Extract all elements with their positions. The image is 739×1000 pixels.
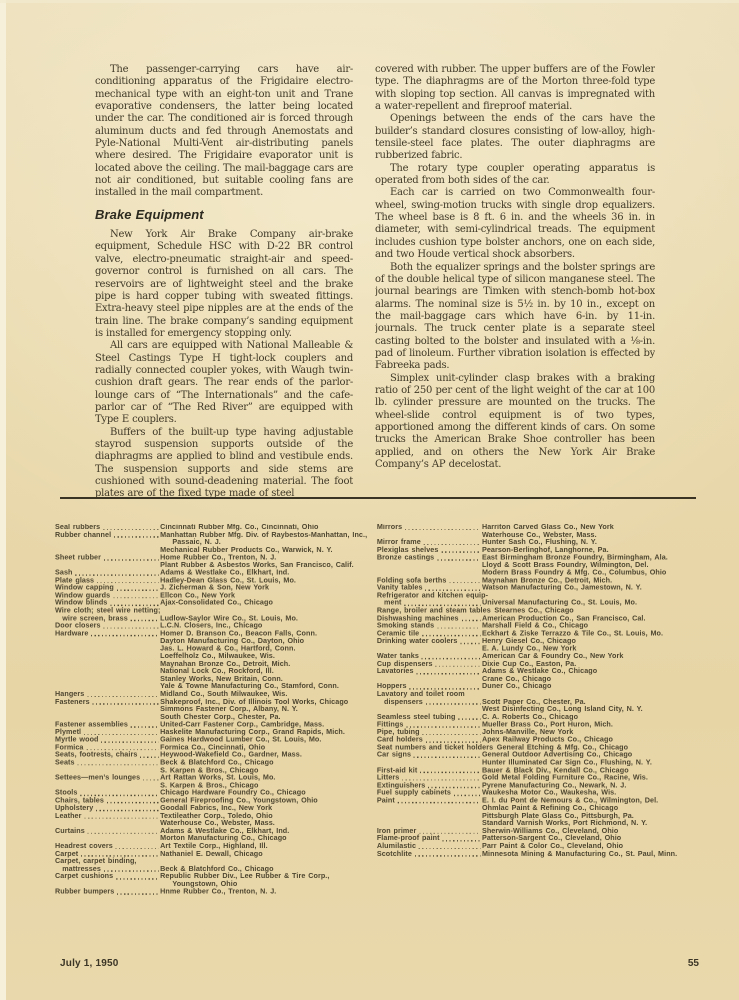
list-entry: Sheet rubberHome Rubber Co., Trenton, N.… (55, 554, 370, 569)
leader-dots (406, 726, 480, 727)
leader-dots (104, 871, 159, 872)
leader-dots (420, 772, 480, 773)
list-entry: LeatherTextileather Corp., Toledo, OhioW… (55, 813, 370, 828)
entry-label-text: Fasteners (55, 699, 90, 707)
entry-label: Drinking water coolers (377, 638, 482, 646)
entry-values: Hnme Rubber Co., Trenton, N. J. (160, 889, 370, 897)
leader-dots (419, 833, 480, 834)
entry-label-text: Scotchlite (377, 851, 412, 859)
leader-dots (103, 628, 158, 629)
paragraph: Each car is carried on two Commonwealth … (375, 187, 655, 261)
entry-label-text: Rubber bumpers (55, 889, 114, 897)
list-entry: CurtainsAdams & Westlake Co., Elkhart, I… (55, 828, 370, 843)
leader-dots (88, 833, 159, 834)
list-entry: Rubber channelManhattan Rubber Mfg. Div.… (55, 532, 370, 555)
entry-row: Bronze castingsEast Birmingham Bronze Fo… (377, 554, 715, 577)
leader-dots (419, 848, 481, 849)
scan-edge-strip-top (0, 0, 739, 3)
leader-dots (131, 726, 159, 727)
entry-label-text: Sheet rubber (55, 554, 101, 562)
entry-row: PaintE. I. du Pont de Nemours & Co., Wil… (377, 797, 715, 827)
paragraph: The rotary type coupler operating appara… (375, 163, 655, 188)
entry-value: Manhattan Rubber Mfg. Div. of Raybestos-… (160, 532, 370, 547)
entry-values: General Outdoor Advertising Co., Chicago… (482, 752, 715, 767)
leader-dots (437, 559, 480, 560)
list-entry: Bronze castingsEast Birmingham Bronze Fo… (377, 554, 715, 577)
entry-label-text: dispensers (377, 699, 423, 707)
list-entry: HardwareHomer D. Branson Co., Beacon Fal… (55, 630, 370, 691)
leader-dots (84, 817, 158, 818)
entry-row: HardwareHomer D. Branson Co., Beacon Fal… (55, 630, 370, 691)
leader-dots (81, 855, 159, 856)
leader-dots (462, 620, 481, 621)
leader-dots (425, 590, 480, 591)
entry-label-text: Car signs (377, 752, 411, 760)
entry-row: CurtainsAdams & Westlake Co., Elkhart, I… (55, 828, 370, 843)
entry-row: LeatherTextileather Corp., Toledo, OhioW… (55, 813, 370, 828)
leader-dots (116, 848, 159, 849)
leader-dots (437, 628, 480, 629)
entry-values: Nathaniel E. Dewall, Chicago (160, 851, 370, 859)
entry-label: Curtains (55, 828, 160, 836)
magazine-page-scan: The passenger-carrying cars have air-con… (0, 0, 739, 1000)
entry-label-text: Seats (55, 759, 75, 767)
entry-values: Textileather Corp., Toledo, OhioWaterhou… (160, 813, 370, 828)
leader-dots (93, 704, 159, 705)
paragraph: Openings between the ends of the cars ha… (375, 113, 655, 162)
leader-dots (80, 795, 158, 796)
leader-dots (454, 795, 481, 796)
leader-dots (441, 552, 480, 553)
list-entry: Refrigerator and kitchen equip-mentUnive… (377, 592, 715, 607)
leader-dots (86, 749, 158, 750)
entry-label-text: Bronze castings (377, 554, 434, 562)
list-entry: Carpet, carpet binding,mattressesBeck & … (55, 858, 370, 873)
entry-values: Shakeproof, Inc., Div. of Illinois Tool … (160, 699, 370, 722)
leader-dots (414, 757, 481, 758)
leader-dots (117, 590, 159, 591)
leader-dots (424, 544, 481, 545)
entry-label: dispensers (377, 699, 482, 707)
entry-row: Rubber channelManhattan Rubber Mfg. Div.… (55, 532, 370, 555)
list-entry: Carpet cushionsRepublic Rubber Div., Lee… (55, 873, 370, 888)
leader-dots (404, 605, 480, 606)
list-entry: Wire cloth; steel wire netting;wire scre… (55, 608, 370, 623)
list-entry: ScotchliteMinnesota Mining & Manufacturi… (377, 851, 715, 859)
paragraph: covered with rubber. The upper buffers a… (375, 64, 655, 113)
leader-dots (435, 666, 480, 667)
leader-dots (114, 536, 159, 537)
entry-value: Republic Rubber Div., Lee Rubber & Tire … (160, 873, 370, 888)
entry-values: Scott Paper Co., Chester, Pa.West Disinf… (482, 699, 715, 714)
entry-label: Mirrors (377, 524, 482, 532)
entry-values: Adams & Westlake Co., Elkhart, Ind.Morto… (160, 828, 370, 843)
entry-label: Sheet rubber (55, 554, 160, 562)
entry-label-text: Paint (377, 797, 395, 805)
leader-dots (103, 529, 159, 530)
section-heading: Brake Equipment (95, 209, 353, 221)
entry-values: Adams & Westlake Co., ChicagoCrane Co., … (482, 668, 715, 683)
leader-dots (96, 810, 158, 811)
entry-label: Lavatories (377, 668, 482, 676)
leader-dots (398, 802, 481, 803)
entry-label: Leather (55, 813, 160, 821)
entry-value: Minnesota Mining & Manufacturing Co., St… (482, 851, 715, 859)
entry-row: Sheet rubberHome Rubber Co., Trenton, N.… (55, 554, 370, 569)
list-entry: Lavatory and toilet roomdispensersScott … (377, 691, 715, 714)
supplier-directory-columns: Seal rubbersCincinnati Rubber Mfg. Co., … (55, 524, 715, 896)
entry-row: LavatoriesAdams & Westlake Co., ChicagoC… (377, 668, 715, 683)
leader-dots (426, 741, 481, 742)
leader-dots (422, 658, 481, 659)
entry-label: Hardware (55, 630, 160, 638)
leader-dots (426, 704, 481, 705)
entry-values: Henry Giesel Co., ChicagoE. A. Lundy Co.… (482, 638, 715, 653)
leader-dots (87, 696, 158, 697)
leader-dots (458, 719, 480, 720)
entry-label: Settees—men’s lounges (55, 775, 160, 783)
list-entry: Settees—men’s loungesArt Rattan Works, S… (55, 775, 370, 790)
article-column-1: The passenger-carrying cars have air-con… (95, 64, 353, 498)
entry-values: Manhattan Rubber Mfg. Div. of Raybestos-… (160, 532, 370, 555)
list-entry: PaintE. I. du Pont de Nemours & Co., Wil… (377, 797, 715, 827)
leader-dots (101, 741, 158, 742)
entry-label: Carpet cushions (55, 873, 160, 881)
leader-dots (415, 855, 481, 856)
entry-values: Harriton Carved Glass Co., New YorkWater… (482, 524, 715, 539)
entry-label-text: Drinking water coolers (377, 638, 458, 646)
scan-edge-strip (0, 0, 6, 1000)
entry-values: E. I. du Pont de Nemours & Co., Wilmingt… (482, 797, 715, 827)
entry-values: Watson Manufacturing Co., Jamestown, N. … (482, 585, 715, 593)
leader-dots (84, 734, 159, 735)
paragraph: The passenger-carrying cars have air-con… (95, 64, 353, 200)
article-body: The passenger-carrying cars have air-con… (95, 64, 655, 498)
leader-dots (402, 779, 480, 780)
entry-label: Seats (55, 759, 160, 767)
leader-dots (423, 734, 481, 735)
entry-values: Homer D. Branson Co., Beacon Falls, Conn… (160, 630, 370, 691)
leader-dots (422, 635, 480, 636)
supplier-list-left: Seal rubbersCincinnati Rubber Mfg. Co., … (55, 524, 370, 896)
entry-row: FastenersShakeproof, Inc., Div. of Illin… (55, 699, 370, 722)
list-entry: Car signsGeneral Outdoor Advertising Co.… (377, 752, 715, 767)
entry-row: Drinking water coolersHenry Giesel Co., … (377, 638, 715, 653)
entry-values: Ajax-Consolidated Co., Chicago (160, 600, 370, 608)
entry-values: Minnesota Mining & Manufacturing Co., St… (482, 851, 715, 859)
entry-row: ScotchliteMinnesota Mining & Manufacturi… (377, 851, 715, 859)
list-entry: SeatsBeck & Blatchford Co., ChicagoS. Ka… (55, 759, 370, 774)
entry-values: Republic Rubber Div., Lee Rubber & Tire … (160, 873, 370, 888)
entry-values: Home Rubber Co., Trenton, N. J.Plant Rub… (160, 554, 370, 569)
entry-label: Fasteners (55, 699, 160, 707)
leader-dots (143, 779, 159, 780)
entry-label-text: Settees—men’s lounges (55, 775, 140, 783)
leader-dots (77, 764, 158, 765)
list-entry: MirrorsHarriton Carved Glass Co., New Yo… (377, 524, 715, 539)
list-entry: Rubber bumpersHnme Rubber Co., Trenton, … (55, 889, 370, 897)
entry-label: Paint (377, 797, 482, 805)
entry-row: MirrorsHarriton Carved Glass Co., New Yo… (377, 524, 715, 539)
list-entry: LavatoriesAdams & Westlake Co., ChicagoC… (377, 668, 715, 683)
entry-label-text: Hardware (55, 630, 88, 638)
supplier-directory: Seal rubbersCincinnati Rubber Mfg. Co., … (55, 524, 715, 954)
leader-dots (117, 893, 158, 894)
paragraph: Buffers of the built-up type having adju… (95, 427, 353, 498)
entry-values: East Birmingham Bronze Foundry, Birmingh… (482, 554, 715, 577)
entry-row: Rubber bumpersHnme Rubber Co., Trenton, … (55, 889, 370, 897)
leader-dots (110, 605, 158, 606)
leader-dots (113, 597, 159, 598)
leader-dots (97, 582, 159, 583)
entry-row: Carpet cushionsRepublic Rubber Div., Lee… (55, 873, 370, 888)
supplier-list-right: MirrorsHarriton Carved Glass Co., New Yo… (377, 524, 715, 896)
col1-after-heading: New York Air Brake Company air-brake equ… (95, 229, 353, 498)
leader-dots (140, 757, 158, 758)
leader-dots (116, 878, 159, 879)
entry-value: Nathaniel E. Dewall, Chicago (160, 851, 370, 859)
footer-date: July 1, 1950 (60, 958, 119, 969)
leader-dots (449, 582, 480, 583)
leader-dots (460, 643, 480, 644)
entry-values: Beck & Blatchford Co., ChicagoS. Karpen … (160, 759, 370, 774)
entry-value: Ajax-Consolidated Co., Chicago (160, 600, 370, 608)
entry-value: Watson Manufacturing Co., Jamestown, N. … (482, 585, 715, 593)
entry-value: Hnme Rubber Co., Trenton, N. J. (160, 889, 370, 897)
list-entry: FastenersShakeproof, Inc., Div. of Illin… (55, 699, 370, 722)
entry-row: SeatsBeck & Blatchford Co., ChicagoS. Ka… (55, 759, 370, 774)
entry-row: Settees—men’s loungesArt Rattan Works, S… (55, 775, 370, 790)
leader-dots (131, 620, 159, 621)
entry-label-text: Lavatories (377, 668, 414, 676)
paragraph: New York Air Brake Company air-brake equ… (95, 229, 353, 340)
entry-row: dispensersScott Paper Co., Chester, Pa.W… (377, 699, 715, 714)
entry-label: Bronze castings (377, 554, 482, 562)
leader-dots (428, 787, 480, 788)
leader-dots (91, 635, 158, 636)
entry-label: Scotchlite (377, 851, 482, 859)
paragraph: All cars are equipped with National Mall… (95, 340, 353, 426)
entry-value: Duner Co., Chicago (482, 683, 715, 691)
paragraph: Simplex unit-cylinder clasp brakes with … (375, 373, 655, 472)
leader-dots (416, 673, 480, 674)
horizontal-divider-rule (60, 497, 696, 499)
entry-label-text: Mirrors (377, 524, 402, 532)
entry-label: Rubber channel (55, 532, 160, 540)
leader-dots (409, 688, 480, 689)
entry-label: Rubber bumpers (55, 889, 160, 897)
col1-before-heading: The passenger-carrying cars have air-con… (95, 64, 353, 200)
entry-values: Duner Co., Chicago (482, 683, 715, 691)
entry-label-text: Leather (55, 813, 82, 821)
entry-label-text: Curtains (55, 828, 85, 836)
page-number: 55 (688, 958, 699, 969)
paragraph: Both the equalizer springs and the bolst… (375, 262, 655, 373)
article-column-2: covered with rubber. The upper buffers a… (375, 64, 655, 498)
entry-values: Art Rattan Works, St. Louis, Mo.S. Karpe… (160, 775, 370, 790)
entry-label-text: Rubber channel (55, 532, 111, 540)
entry-label: Car signs (377, 752, 482, 760)
entry-row: Car signsGeneral Outdoor Advertising Co.… (377, 752, 715, 767)
list-entry: Drinking water coolersHenry Giesel Co., … (377, 638, 715, 653)
leader-dots (405, 529, 480, 530)
entry-label-text: Carpet cushions (55, 873, 113, 881)
leader-dots (75, 574, 158, 575)
leader-dots (107, 802, 159, 803)
leader-dots (442, 840, 480, 841)
leader-dots (104, 559, 159, 560)
